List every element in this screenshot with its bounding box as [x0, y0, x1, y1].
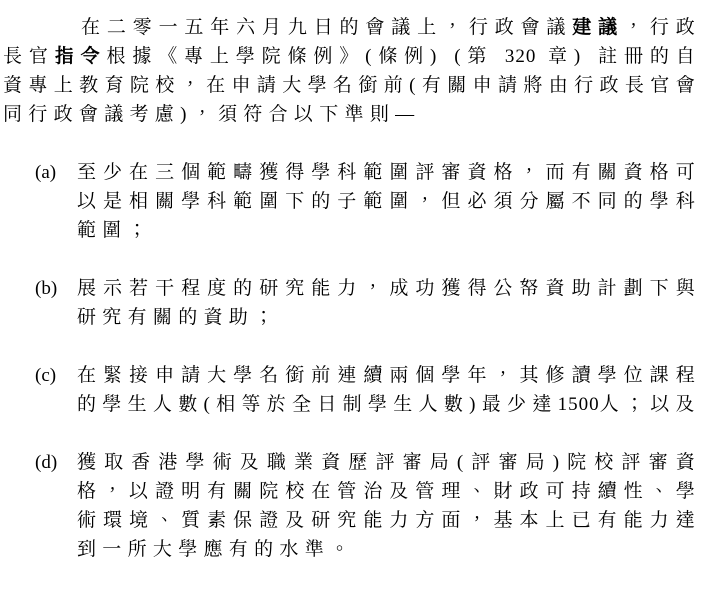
intro-segment-bold-direct: 指令	[55, 46, 107, 67]
criterion-c-segment-2: 人；以及	[600, 394, 701, 415]
criterion-d-segment-0: 獲取香港學術及職業資歷評審局(評審局)院校評審資格，以證明有關院校在管治及管理、…	[77, 452, 701, 560]
criterion-c-student-count: 1500	[558, 394, 600, 415]
criterion-text-b: 展示若干程度的研究能力，成功獲得公帑資助計劃下與研究有關的資助；	[77, 274, 701, 332]
criterion-label-a: (a)	[35, 158, 77, 187]
criterion-label-c: (c)	[35, 361, 77, 390]
criterion-label-b: (b)	[35, 274, 77, 303]
criterion-item-a: (a) 至少在三個範疇獲得學科範圍評審資格，而有關資格可以是相關學科範圍下的子範…	[3, 158, 701, 245]
criterion-b-segment-0: 展示若干程度的研究能力，成功獲得公帑資助計劃下與研究有關的資助；	[77, 278, 701, 328]
criterion-item-c: (c) 在緊接申請大學名銜前連續兩個學年，其修讀學位課程的學生人數(相等於全日制…	[3, 361, 701, 419]
intro-paragraph: 在二零一五年六月九日的會議上，行政會議建議，行政長官指令根據《專上學院條例》(條…	[3, 13, 701, 129]
intro-segment-0: 在二零一五年六月九日的會議上，行政會議	[81, 17, 572, 38]
criterion-text-a: 至少在三個範疇獲得學科範圍評審資格，而有關資格可以是相關學科範圍下的子範圍，但必…	[77, 158, 701, 245]
criterion-item-d: (d) 獲取香港學術及職業資歷評審局(評審局)院校評審資格，以證明有關院校在管治…	[3, 448, 701, 564]
criterion-a-segment-0: 至少在三個範疇獲得學科範圍評審資格，而有關資格可以是相關學科範圍下的子範圍，但必…	[77, 162, 701, 241]
intro-segment-bold-recommend: 建議	[572, 17, 624, 38]
document-page: 在二零一五年六月九日的會議上，行政會議建議，行政長官指令根據《專上學院條例》(條…	[0, 0, 711, 564]
criterion-text-d: 獲取香港學術及職業資歷評審局(評審局)院校評審資格，以證明有關院校在管治及管理、…	[77, 448, 701, 564]
criterion-text-c: 在緊接申請大學名銜前連續兩個學年，其修讀學位課程的學生人數(相等於全日制學生人數…	[77, 361, 701, 419]
intro-segment-4: 根據《專上學院條例》(條例) (第	[106, 46, 504, 67]
criterion-item-b: (b) 展示若干程度的研究能力，成功獲得公帑資助計劃下與研究有關的資助；	[3, 274, 701, 332]
intro-segment-chapter-number: 320	[505, 46, 537, 67]
criterion-label-d: (d)	[35, 448, 77, 477]
